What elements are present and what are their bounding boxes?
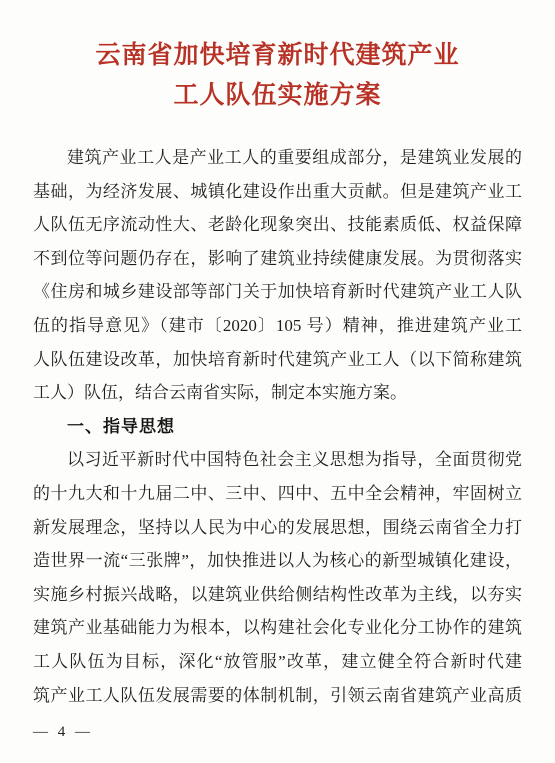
paragraph-line: 不到位等问题仍存在，影响了建筑业持续健康发展。为贯彻落实: [33, 242, 522, 276]
paragraph-line: 以习近平新时代中国特色社会主义思想为指导，全面贯彻党: [33, 443, 522, 477]
paragraph-line: 基础，为经济发展、城镇化建设作出重大贡献。但是建筑产业工: [33, 175, 522, 209]
paragraph-line: 人队伍建设改革，加快培育新时代建筑产业工人（以下简称建筑: [33, 343, 522, 377]
section-heading: 一、指导思想: [33, 410, 522, 444]
document-title-line-2: 工人队伍实施方案: [0, 76, 555, 116]
paragraph-line: 建筑产业基础能力为根本，以构建社会化专业化分工协作的建筑: [33, 611, 522, 645]
document-title-line-1: 云南省加快培育新时代建筑产业: [0, 36, 555, 76]
paragraph-line: 的十九大和十九届二中、三中、四中、五中全会精神，牢固树立: [33, 477, 522, 511]
paragraph-line: 实施乡村振兴战略，以建筑业供给侧结构性改革为主线，以夯实: [33, 578, 522, 612]
document-body: 建筑产业工人是产业工人的重要组成部分，是建筑业发展的 基础，为经济发展、城镇化建…: [33, 141, 522, 712]
document-page: 云南省加快培育新时代建筑产业 工人队伍实施方案 建筑产业工人是产业工人的重要组成…: [0, 0, 555, 763]
paragraph-line: 造世界一流“三张牌”，加快推进以人为核心的新型城镇化建设，: [33, 544, 522, 578]
page-number: — 4 —: [33, 724, 93, 741]
document-title: 云南省加快培育新时代建筑产业 工人队伍实施方案: [0, 0, 555, 116]
paragraph-line: 《住房和城乡建设部等部门关于加快培育新时代建筑产业工人队: [33, 275, 522, 309]
paragraph-line: 工人）队伍，结合云南省实际，制定本实施方案。: [33, 376, 522, 410]
paragraph-line: 筑产业工人队伍发展需要的体制机制，引领云南省建筑产业高质: [33, 679, 522, 713]
paragraph-line: 伍的指导意见》（建市〔2020〕105 号）精神，推进建筑产业工: [33, 309, 522, 343]
paragraph-line: 工人队伍为目标，深化“放管服”改革，建立健全符合新时代建: [33, 645, 522, 679]
paragraph-line: 新发展理念，坚持以人民为中心的发展思想，围绕云南省全力打: [33, 511, 522, 545]
paragraph-line: 人队伍无序流动性大、老龄化现象突出、技能素质低、权益保障: [33, 208, 522, 242]
paragraph-line: 建筑产业工人是产业工人的重要组成部分，是建筑业发展的: [33, 141, 522, 175]
